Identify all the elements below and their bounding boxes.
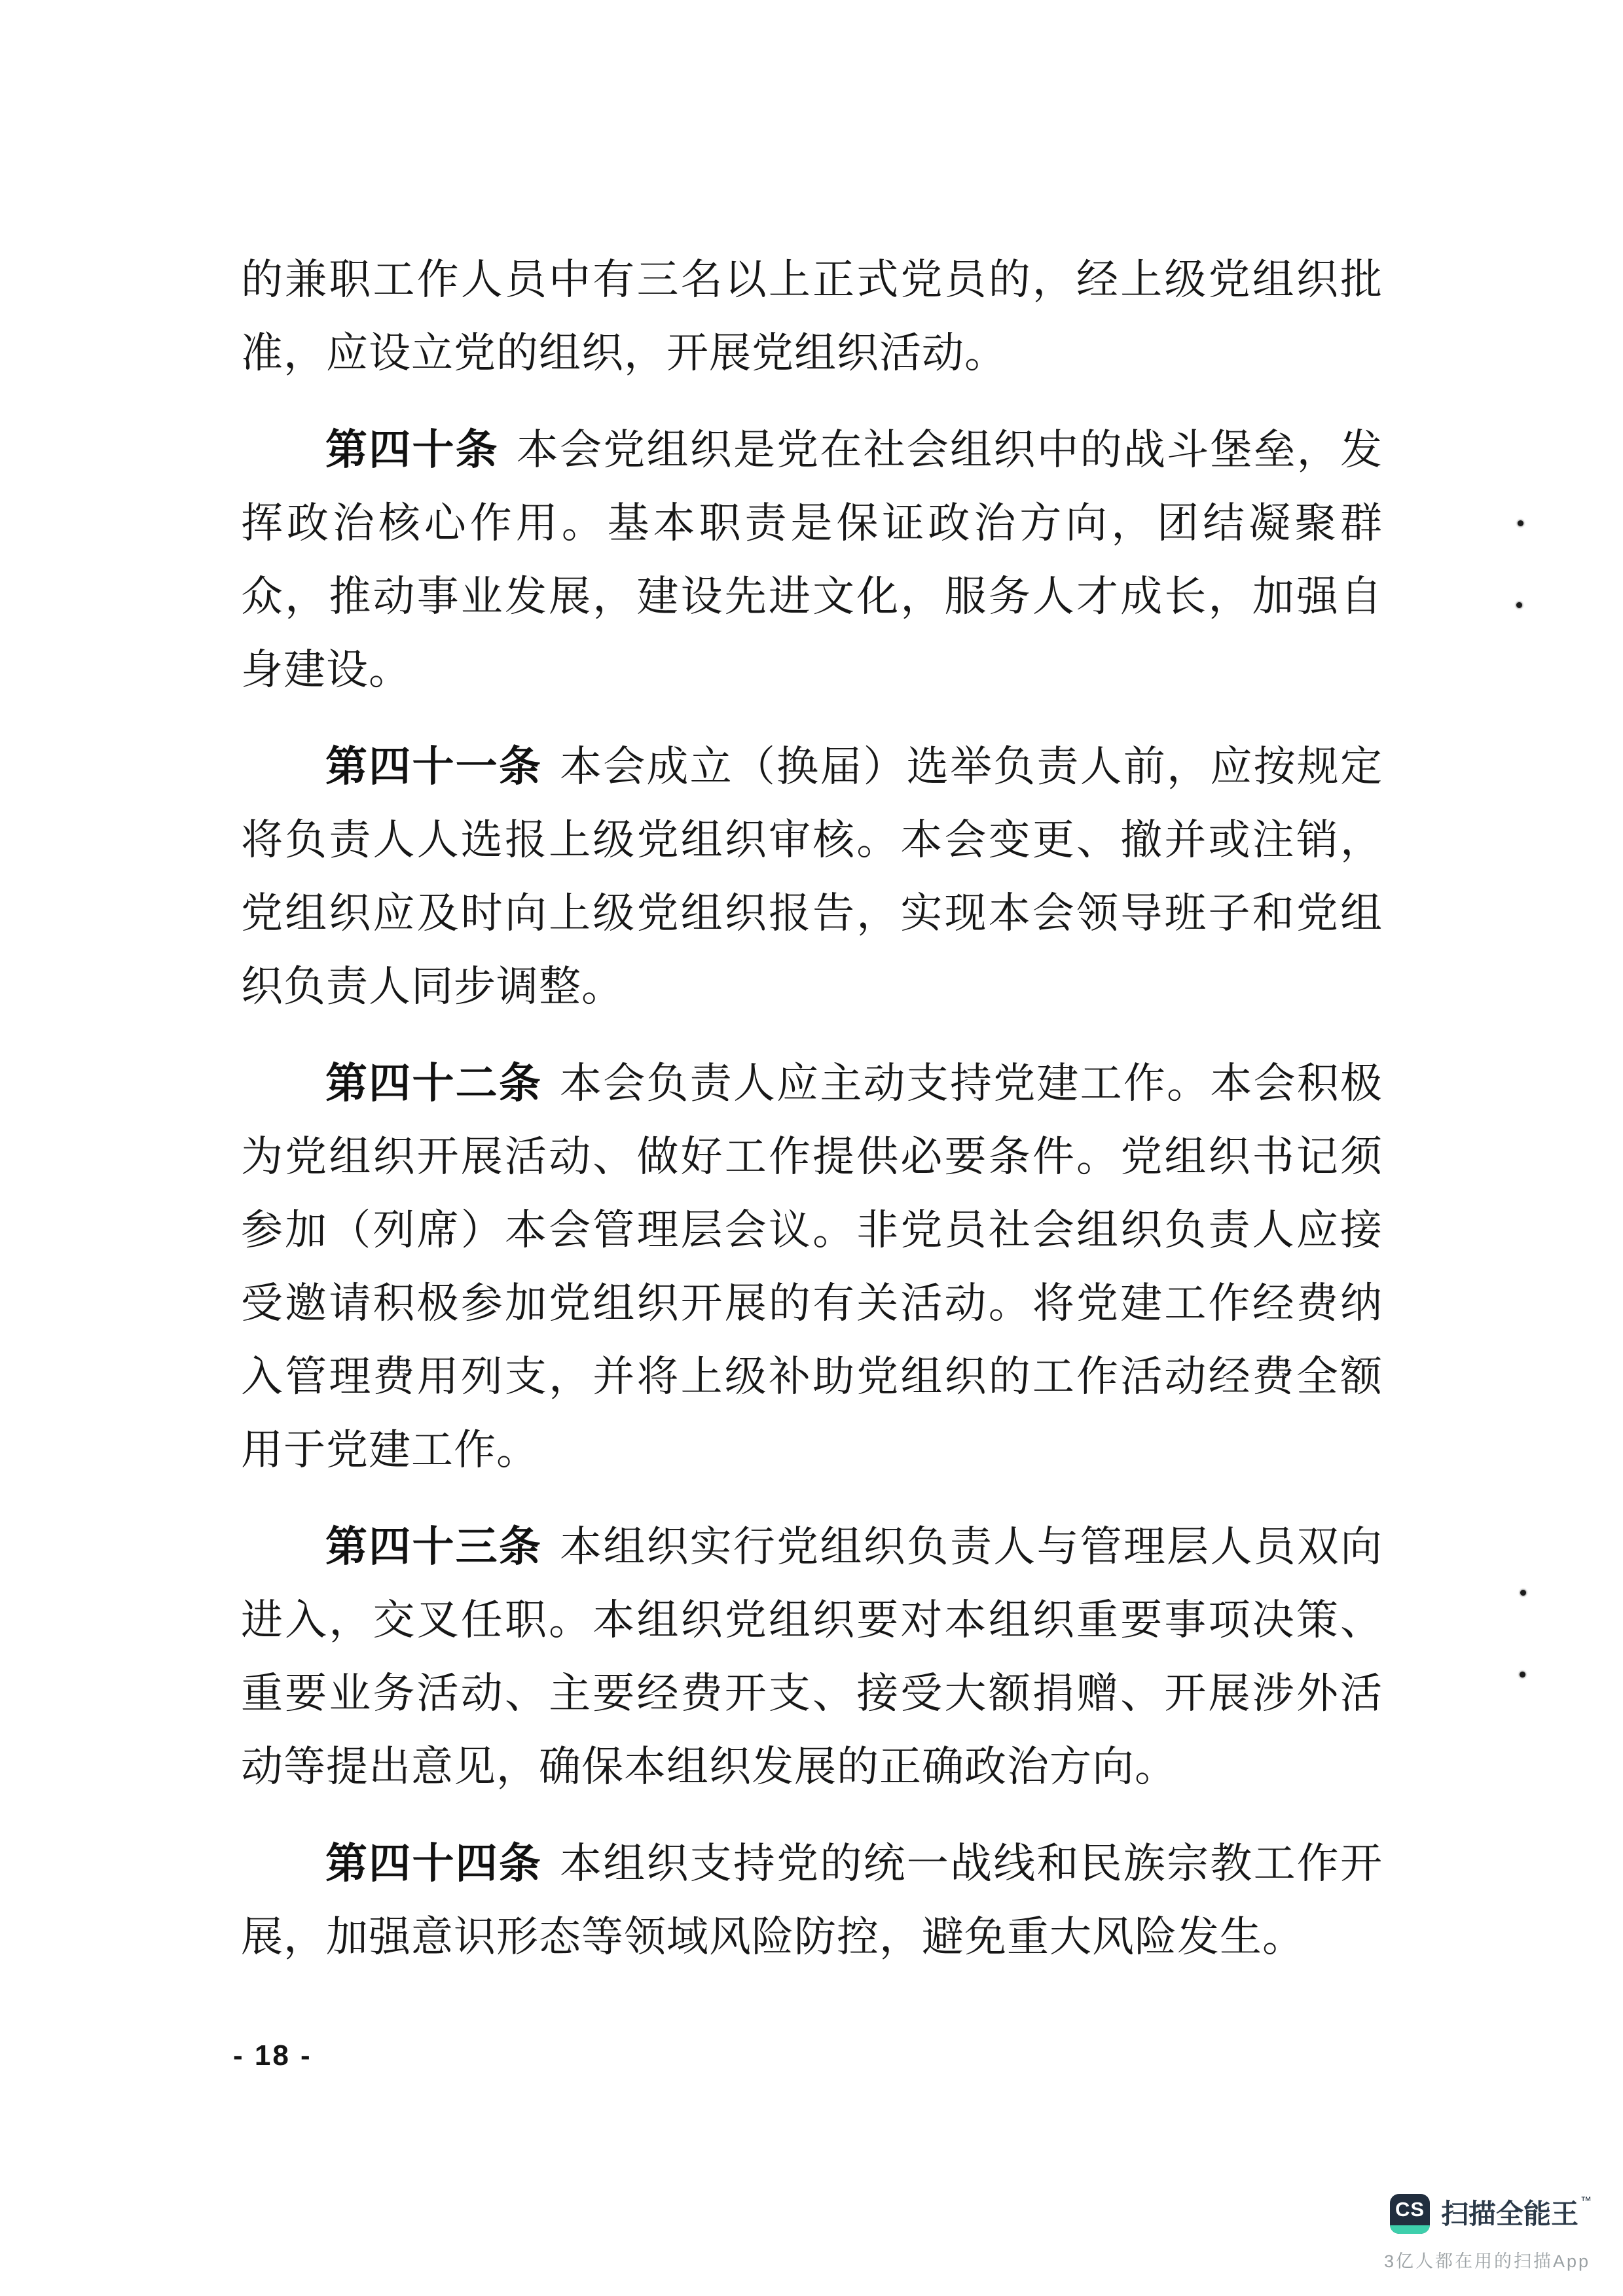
- paragraph-text: 本会负责人应主动支持党建工作。本会积极为党组织开展活动、做好工作提供必要条件。党…: [241, 1060, 1383, 1473]
- app-tagline: 3亿人都在用的扫描App: [1384, 2247, 1590, 2272]
- app-name-wrap: 扫描全能王 ™: [1441, 2200, 1590, 2228]
- paragraph: 第四十条本会党组织是党在社会组织中的战斗堡垒，发挥政治核心作用。基本职责是保证政…: [241, 414, 1383, 707]
- watermark-logo-row: CS 扫描全能王 ™: [1390, 2194, 1590, 2234]
- page-number: - 18 -: [233, 2039, 312, 2072]
- paragraph: 第四十三条本组织实行党组织负责人与管理层人员双向进入，交叉任职。本组织党组织要对…: [241, 1511, 1383, 1804]
- document-body: 的兼职工作人员中有三名以上正式党员的，经上级党组织批准，应设立党的组织，开展党组…: [241, 243, 1383, 1998]
- article-number-label: 第四十三条: [325, 1524, 542, 1570]
- article-number-label: 第四十四条: [325, 1840, 542, 1887]
- scan-speck: [1520, 1672, 1525, 1677]
- paragraph-text: 的兼职工作人员中有三名以上正式党员的，经上级党组织批准，应设立党的组织，开展党组…: [241, 257, 1383, 376]
- trademark-icon: ™: [1580, 2195, 1592, 2206]
- paragraph: 第四十一条本会成立（换届）选举负责人前，应按规定将负责人人选报上级党组织审核。本…: [241, 730, 1383, 1024]
- app-name: 扫描全能王: [1441, 2198, 1578, 2229]
- paragraph: 第四十二条本会负责人应主动支持党建工作。本会积极为党组织开展活动、做好工作提供必…: [241, 1047, 1383, 1487]
- scan-speck: [1516, 602, 1522, 608]
- paragraph: 第四十四条本组织支持党的统一战线和民族宗教工作开展，加强意识形态等领域风险防控，…: [241, 1827, 1383, 1974]
- camscanner-watermark: CS 扫描全能王 ™ 3亿人都在用的扫描App: [1384, 2194, 1590, 2272]
- article-number-label: 第四十条: [325, 427, 499, 473]
- scan-speck: [1518, 520, 1523, 526]
- paragraph: 的兼职工作人员中有三名以上正式党员的，经上级党组织批准，应设立党的组织，开展党组…: [241, 243, 1383, 390]
- article-number-label: 第四十一条: [325, 744, 542, 790]
- camscanner-logo-icon: CS: [1390, 2194, 1430, 2234]
- logo-cs-letters: CS: [1390, 2194, 1430, 2225]
- article-number-label: 第四十二条: [325, 1060, 542, 1107]
- scanned-document-page: 的兼职工作人员中有三名以上正式党员的，经上级党组织批准，应设立党的组织，开展党组…: [0, 0, 1623, 2296]
- scan-speck: [1520, 1590, 1526, 1596]
- logo-teal-strip: [1390, 2225, 1430, 2234]
